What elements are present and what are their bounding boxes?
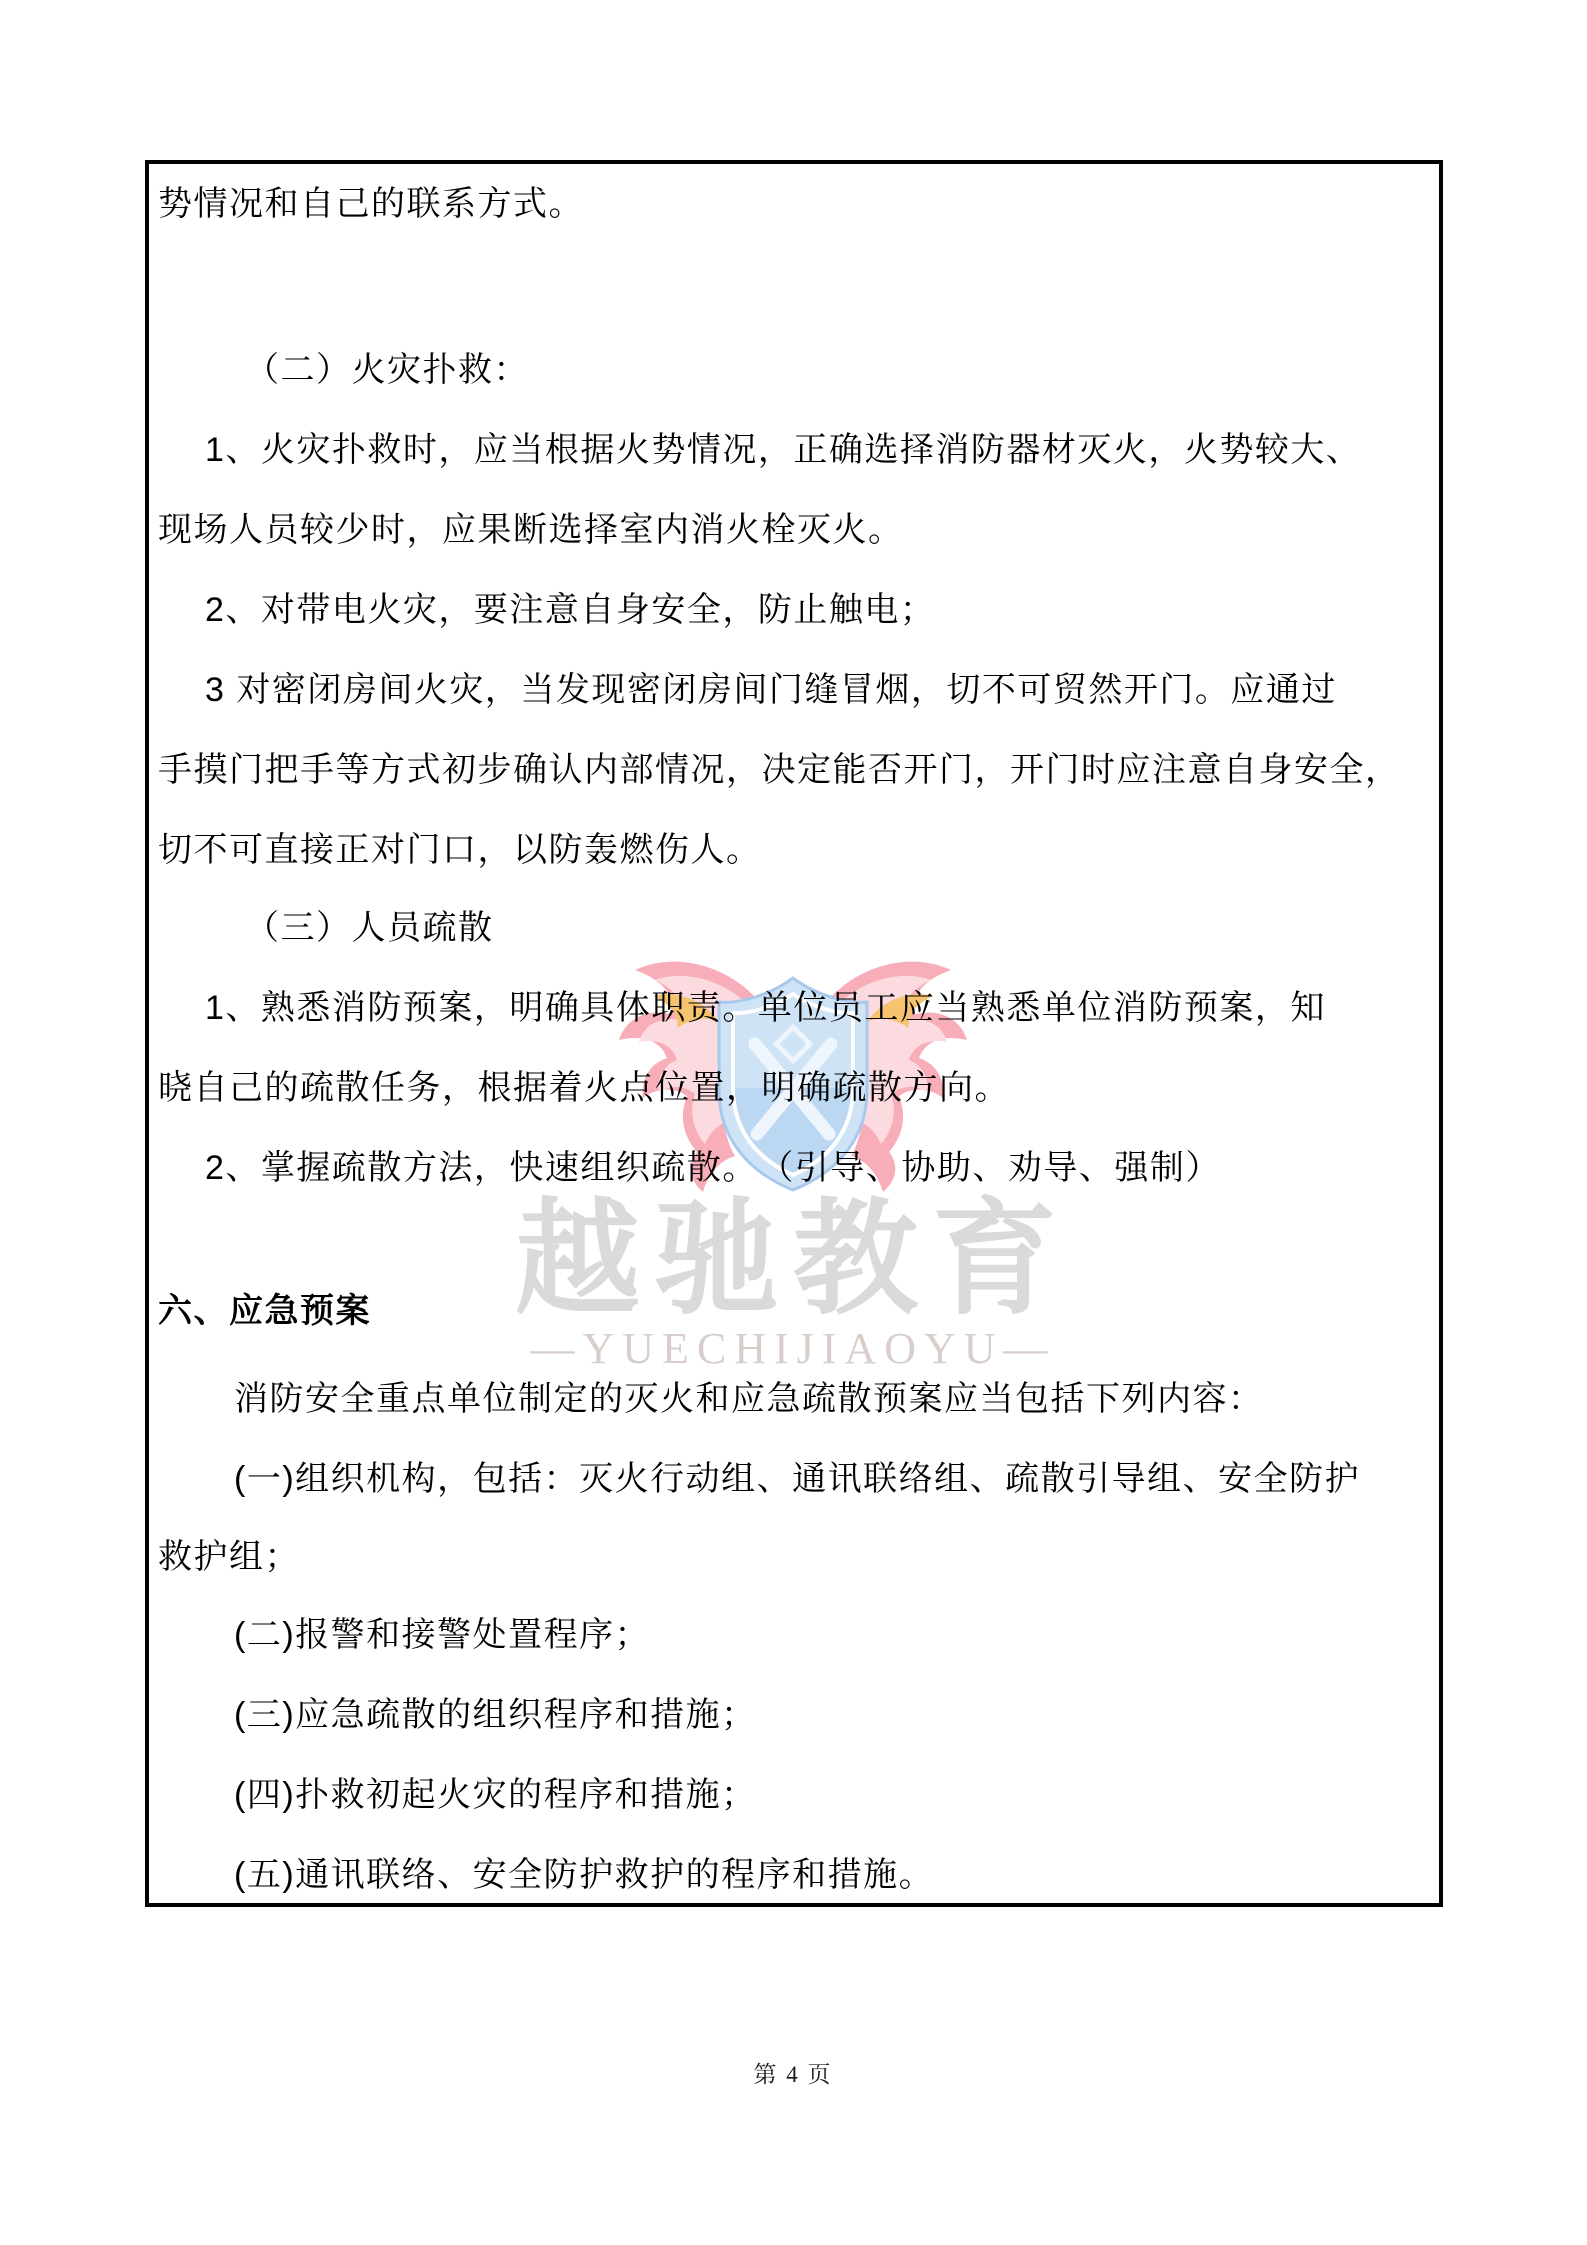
text-line: (一)组织机构，包括：灭火行动组、通讯联络组、疏散引导组、安全防护 [234, 1439, 1360, 1519]
text-line: 现场人员较少时，应果断选择室内消火栓灭火。 [158, 490, 904, 570]
text-line-subheading: （二）火灾扑救： [245, 330, 529, 410]
text-line: 1、火灾扑救时，应当根据火势情况，正确选择消防器材灭火，火势较大、 [205, 410, 1361, 490]
content-border-box: 势情况和自己的联系方式。 （二）火灾扑救： 1、火灾扑救时，应当根据火势情况，正… [145, 160, 1443, 1907]
page-number: 第 4 页 [754, 2056, 833, 2089]
text-line: 3 对密闭房间火灾，当发现密闭房间门缝冒烟，切不可贸然开门。应通过 [205, 650, 1337, 730]
text-line: 消防安全重点单位制定的灭火和应急疏散预案应当包括下列内容： [234, 1359, 1264, 1439]
document-page: 越驰教育 —YUECHIJIAOYU— 势情况和自己的联系方式。 （二）火灾扑救… [0, 0, 1587, 2245]
text-line: 2、掌握疏散方法，快速组织疏散。 （引导、协助、劝导、强制） [205, 1128, 1221, 1208]
text-line: 晓自己的疏散任务，根据着火点位置，明确疏散方向。 [158, 1048, 1010, 1128]
text-line: (三)应急疏散的组织程序和措施； [234, 1675, 757, 1755]
text-line: 切不可直接正对门口，以防轰燃伤人。 [158, 810, 762, 890]
text-line-subheading: （三）人员疏散 [245, 888, 494, 968]
section-heading: 六、应急预案 [158, 1271, 371, 1351]
text-line: 势情况和自己的联系方式。 [158, 164, 584, 244]
text-line: (二)报警和接警处置程序； [234, 1595, 650, 1675]
text-line: (四)扑救初起火灾的程序和措施； [234, 1755, 757, 1835]
text-line: 2、对带电火灾，要注意自身安全，防止触电； [205, 570, 935, 650]
text-line: 救护组； [158, 1517, 300, 1597]
text-line: (五)通讯联络、安全防护救护的程序和措施。 [234, 1835, 934, 1915]
text-line: 1、熟悉消防预案，明确具体职责。单位员工应当熟悉单位消防预案，知 [205, 968, 1326, 1048]
text-line: 手摸门把手等方式初步确认内部情况，决定能否开门，开门时应注意自身安全， [158, 730, 1401, 810]
